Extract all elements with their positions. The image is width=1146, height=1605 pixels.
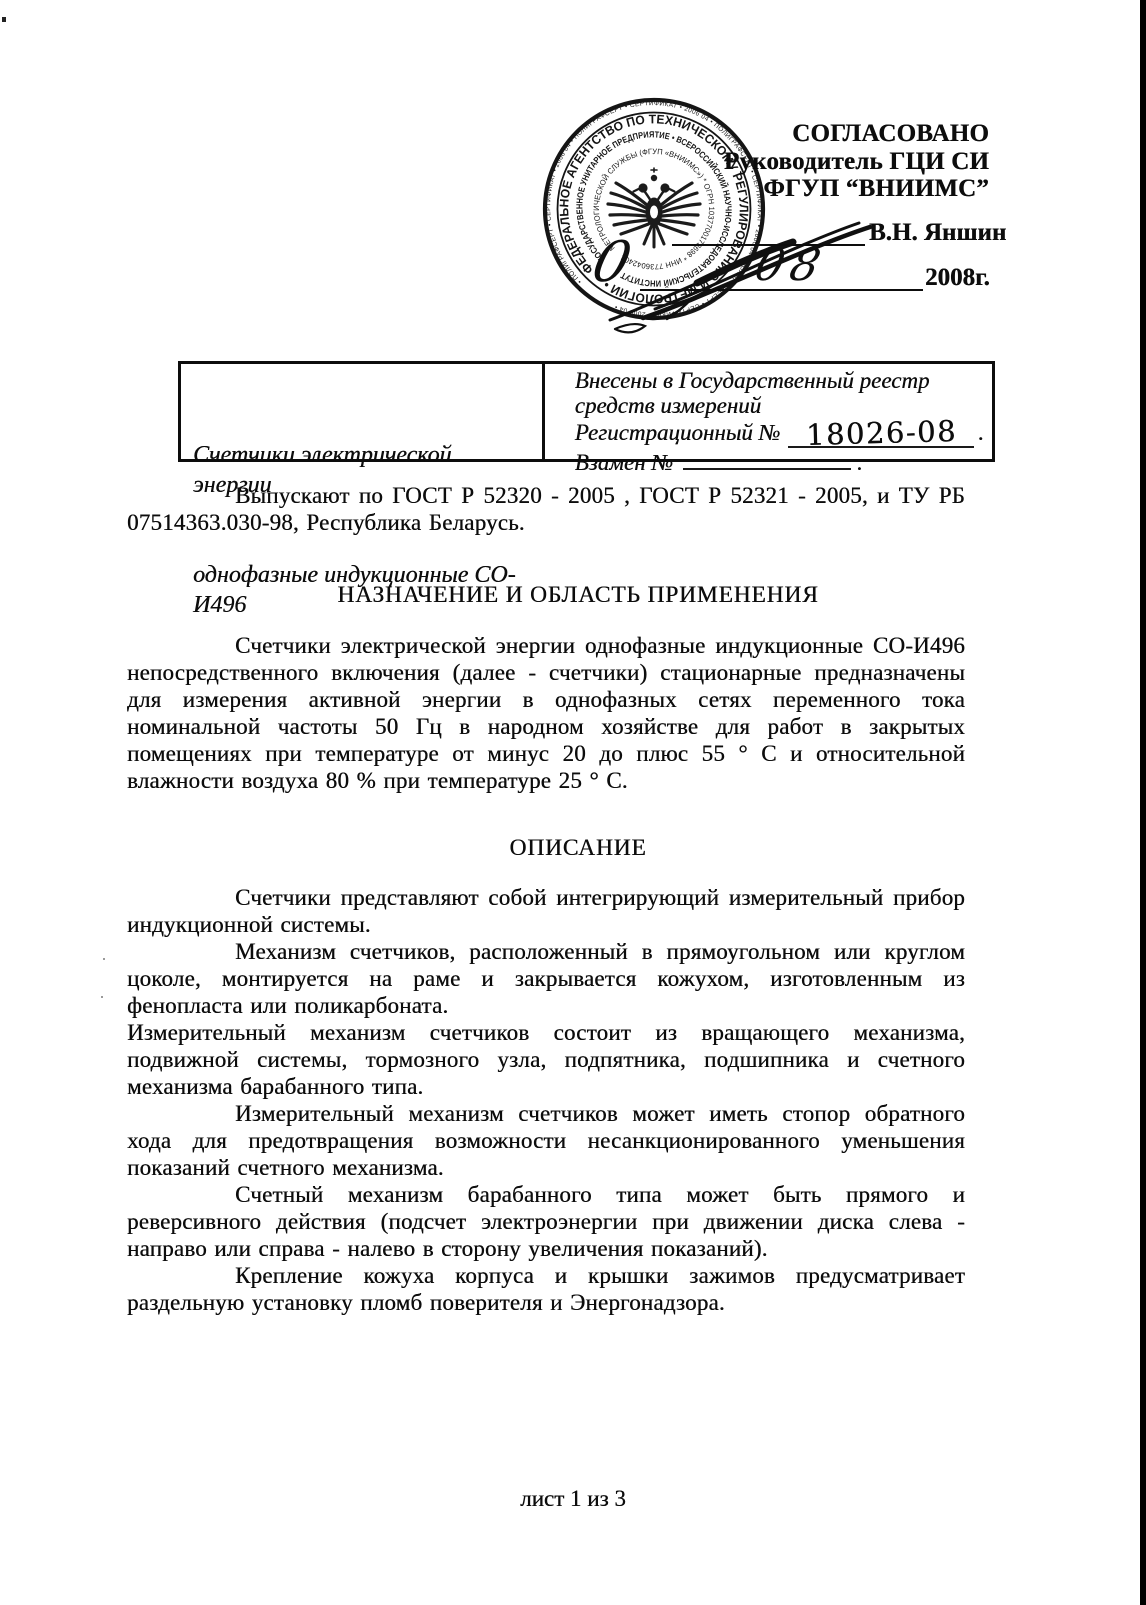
handwritten-registration-number: 18026-08 — [805, 419, 957, 447]
registration-number-underline: 18026-08 — [788, 418, 974, 448]
description-paragraph: Счетчики представляют собой интегрирующи… — [127, 884, 965, 938]
description-section: Счетчики представляют собой интегрирующи… — [127, 884, 965, 1316]
registry-table: Счетчики электрической энергии однофазны… — [178, 361, 995, 462]
registry-line: Внесены в Государственный реестр — [575, 369, 984, 394]
registration-number-label: Регистрационный № — [575, 421, 781, 446]
approval-org: ФГУП “ВНИИМС” — [724, 175, 989, 203]
replaces-dot: . — [857, 451, 863, 476]
registration-number-dot: . — [978, 421, 984, 446]
registration-number-row: Регистрационный № 18026-08 . — [575, 418, 984, 448]
description-paragraph: Счетный механизм барабанного типа может … — [127, 1181, 965, 1262]
scan-speck — [103, 958, 105, 960]
document-page: • ПОЛИГРАФСЕРТ • СЕРТИФИКАТ • 2006 04 • … — [0, 0, 1146, 1605]
approval-title: СОГЛАСОВАНО — [724, 120, 989, 148]
scan-edge-artifact — [1140, 0, 1146, 1605]
handwritten-month: 08 — [750, 240, 833, 291]
approval-year: 2008г. — [925, 264, 990, 292]
scan-speck — [101, 996, 103, 998]
purpose-paragraph: Счетчики электрической энергии однофазны… — [127, 632, 965, 794]
signer-name: В.Н. Яншин — [869, 219, 1006, 247]
description-paragraph: Механизм счетчиков, расположенный в прям… — [127, 938, 965, 1019]
section-heading-purpose: НАЗНАЧЕНИЕ И ОБЛАСТЬ ПРИМЕНЕНИЯ — [159, 582, 997, 609]
device-name-cell: Счетчики электрической энергии однофазны… — [181, 364, 542, 459]
approval-role: Руководитель ГЦИ СИ — [724, 148, 989, 176]
registry-cell: Внесены в Государственный реестр средств… — [542, 364, 992, 459]
scan-speck — [2, 17, 6, 22]
description-paragraph: Измерительный механизм счетчиков может и… — [127, 1100, 965, 1181]
description-paragraph: Крепление кожуха корпуса и крышки зажимо… — [127, 1262, 965, 1316]
page-number: лист 1 из 3 — [0, 1486, 1146, 1512]
approval-block: СОГЛАСОВАНО Руководитель ГЦИ СИ ФГУП “ВН… — [724, 120, 989, 203]
replaces-label: Взамен № — [575, 451, 673, 476]
replaces-row: Взамен № . — [575, 448, 984, 476]
description-paragraph: Измерительный механизм счетчиков состоит… — [127, 1019, 965, 1100]
intro-paragraph: Выпускают по ГОСТ Р 52320 - 2005 , ГОСТ … — [127, 482, 965, 536]
section-heading-description: ОПИСАНИЕ — [159, 835, 997, 862]
